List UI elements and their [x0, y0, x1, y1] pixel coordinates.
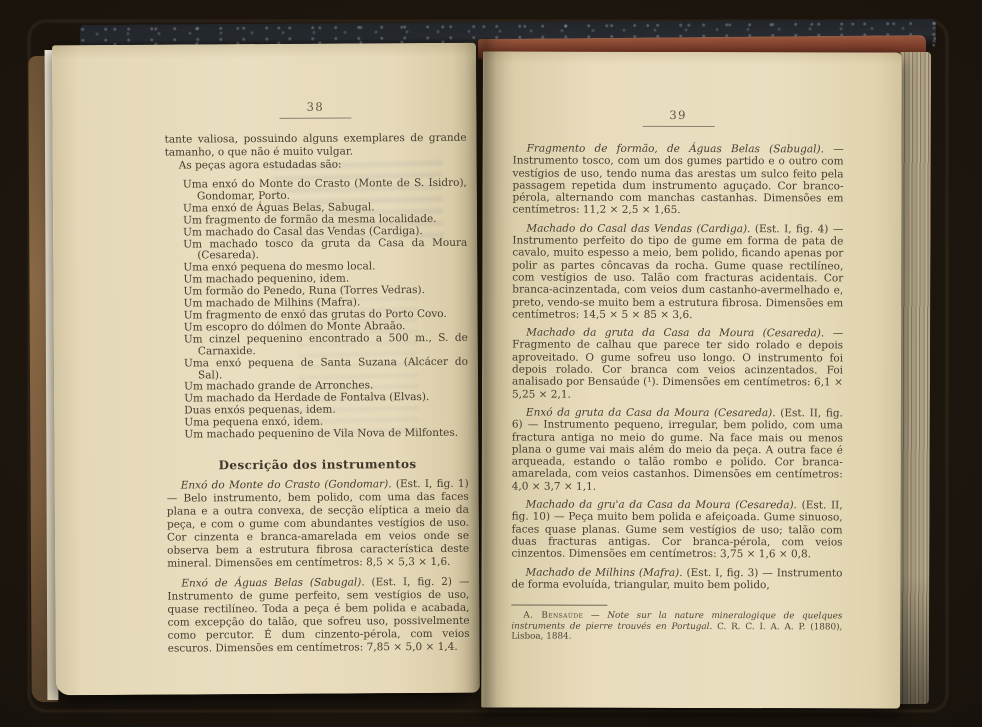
- left-page: 38 tante valiosa, possuindo alguns exemp…: [52, 43, 480, 696]
- entry-title: Machado da gru'a da Casa da Moura (Cesar…: [526, 499, 797, 512]
- page-number: 38: [164, 99, 466, 115]
- entry-title: Machado da gruta da Casa da Moura (Cesar…: [526, 327, 824, 340]
- footnote-rule: [511, 605, 607, 606]
- paragraph: tante valiosa, possuindo alguns exemplar…: [165, 132, 467, 160]
- list-item: Uma enxó do Monte do Crasto (Monte de S.…: [183, 178, 467, 204]
- entry-body: (Est. II, fig. 6) — Instrumento pequeno,…: [512, 407, 843, 492]
- page-number-rule: [642, 126, 714, 127]
- right-page-text-block: 39 Fragmento de formão, de Águas Belas (…: [511, 108, 843, 644]
- entry-title: Machado de Milhins (Mafra).: [525, 566, 682, 578]
- footnote-author: A. Bensaúde: [523, 611, 583, 621]
- entry-body: (Est. I, fig. 1) — Belo instrumento, bem…: [167, 478, 469, 570]
- section-heading: Descrição dos instrumentos: [167, 457, 469, 473]
- catalog-entry: Enxó da gruta da Casa da Moura (Cesareda…: [512, 406, 843, 493]
- catalog-entry: Machado de Milhins (Mafra). (Est. I, fig…: [511, 566, 842, 591]
- left-page-text-block: 38 tante valiosa, possuindo alguns exemp…: [164, 99, 469, 656]
- catalog-entry: Enxó de Águas Belas (Sabugal). (Est. I, …: [167, 576, 469, 656]
- entry-title: Enxó da gruta da Casa da Moura (Cesareda…: [526, 407, 776, 420]
- list-item: Um cinzel pequenino encontrado a 500 m.,…: [184, 333, 468, 359]
- catalog-entry: Fragmento de formão, de Águas Belas (Sab…: [512, 143, 843, 218]
- list-item: Um machado pequenino de Vila Nova de Mil…: [184, 428, 468, 442]
- list-intro: As peças agora estudadas são:: [165, 158, 467, 173]
- entry-body: (Est. I, fig. 4) — Instrumento perfeito …: [512, 223, 843, 321]
- right-page: 39 Fragmento de formão, de Águas Belas (…: [481, 51, 902, 708]
- pieces-list: Uma enxó do Monte do Crasto (Monte de S.…: [165, 178, 469, 442]
- page-number-rule: [279, 117, 351, 118]
- entry-title: Fragmento de formão, de Águas Belas (Sab…: [527, 143, 824, 156]
- list-item: Um machado tosco da gruta da Casa da Mou…: [183, 237, 467, 263]
- entry-title: Machado do Casal das Vendas (Cardiga).: [526, 222, 750, 235]
- entry-title: Enxó do Monte do Crasto (Gondomar).: [181, 478, 392, 491]
- catalog-entry: Machado da gruta da Casa da Moura (Cesar…: [512, 327, 843, 402]
- fore-edge-page-stack: [898, 52, 931, 704]
- entry-title: Enxó de Águas Belas (Sabugal).: [181, 576, 364, 589]
- catalog-entry: Machado do Casal das Vendas (Cardiga). (…: [512, 222, 843, 321]
- catalog-entry: Machado da gru'a da Casa da Moura (Cesar…: [512, 499, 843, 561]
- book-spread-photo: 38 tante valiosa, possuindo alguns exemp…: [0, 0, 982, 727]
- list-item: Uma enxó pequena de Santa Suzana (Alcáce…: [184, 356, 468, 382]
- footnote: A. Bensaúde — Note sur la nature mineral…: [511, 611, 842, 644]
- page-number: 39: [513, 108, 844, 123]
- catalog-entry: Enxó do Monte do Crasto (Gondomar). (Est…: [167, 478, 470, 571]
